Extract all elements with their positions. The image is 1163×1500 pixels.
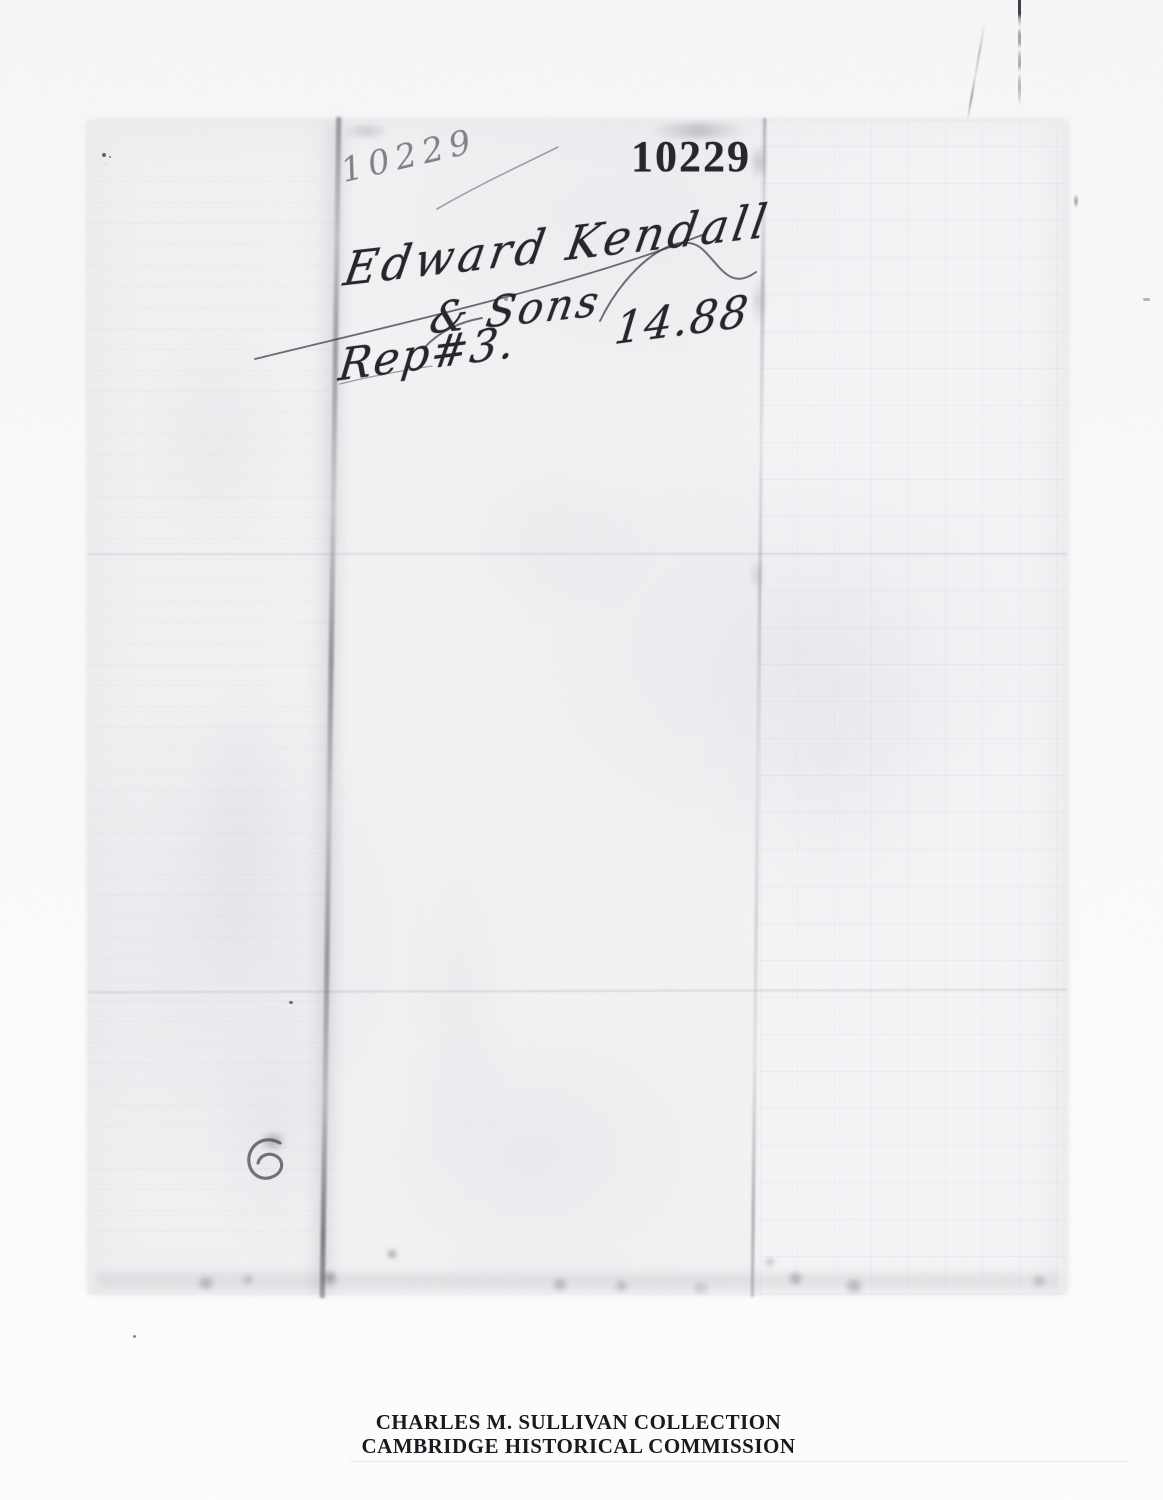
smudge-stain — [754, 266, 764, 336]
ink-showthrough-blot — [688, 531, 968, 961]
grime-blot — [1030, 1275, 1048, 1287]
grime-blot — [386, 1249, 398, 1259]
dust-speck — [289, 1001, 293, 1004]
grime-blot — [842, 1279, 866, 1293]
collection-caption-line1: CHARLES M. SULLIVAN COLLECTION — [0, 1410, 1157, 1434]
collection-caption-line2: CAMBRIDGE HISTORICAL COMMISSION — [0, 1434, 1157, 1458]
smudge-stain — [256, 1133, 290, 1149]
stamped-catalog-number: 10229 — [631, 131, 751, 182]
scanner-streak — [966, 23, 985, 122]
ink-showthrough-blot — [448, 451, 668, 631]
grime-blot — [240, 1274, 255, 1285]
horizontal-crease — [88, 553, 1067, 555]
smudge-stain — [752, 551, 762, 599]
scan-edge-line — [350, 1461, 1130, 1462]
smudge-stain — [753, 137, 765, 187]
dust-speck — [102, 153, 106, 157]
handwritten-amount: 14.88 — [612, 286, 753, 356]
handwritten-reference-label: Rep#3. — [336, 317, 519, 392]
collection-caption: CHARLES M. SULLIVAN COLLECTION CAMBRIDGE… — [0, 1410, 1157, 1458]
grime-blot — [320, 1271, 339, 1285]
scanner-streak — [1018, 0, 1021, 106]
grime-blot — [786, 1272, 805, 1285]
edge-mark — [1074, 191, 1078, 211]
ink-showthrough-blot — [140, 311, 290, 561]
smudge-stain — [334, 125, 398, 137]
paper-sheet: 10229 10229 Edward Kendall & Sons Rep#3.… — [88, 121, 1067, 1294]
grime-blot — [195, 1276, 217, 1290]
grime-blot — [764, 1257, 776, 1267]
dust-speck — [133, 1335, 136, 1338]
ink-showthrough-blot — [408, 811, 508, 1201]
grime-blot — [690, 1282, 711, 1294]
dust-speck — [504, 297, 508, 301]
dust-speck — [1143, 298, 1150, 301]
scanned-document-page: 10229 10229 Edward Kendall & Sons Rep#3.… — [0, 0, 1163, 1500]
grime-blot — [550, 1278, 570, 1291]
grime-blot — [613, 1280, 630, 1292]
